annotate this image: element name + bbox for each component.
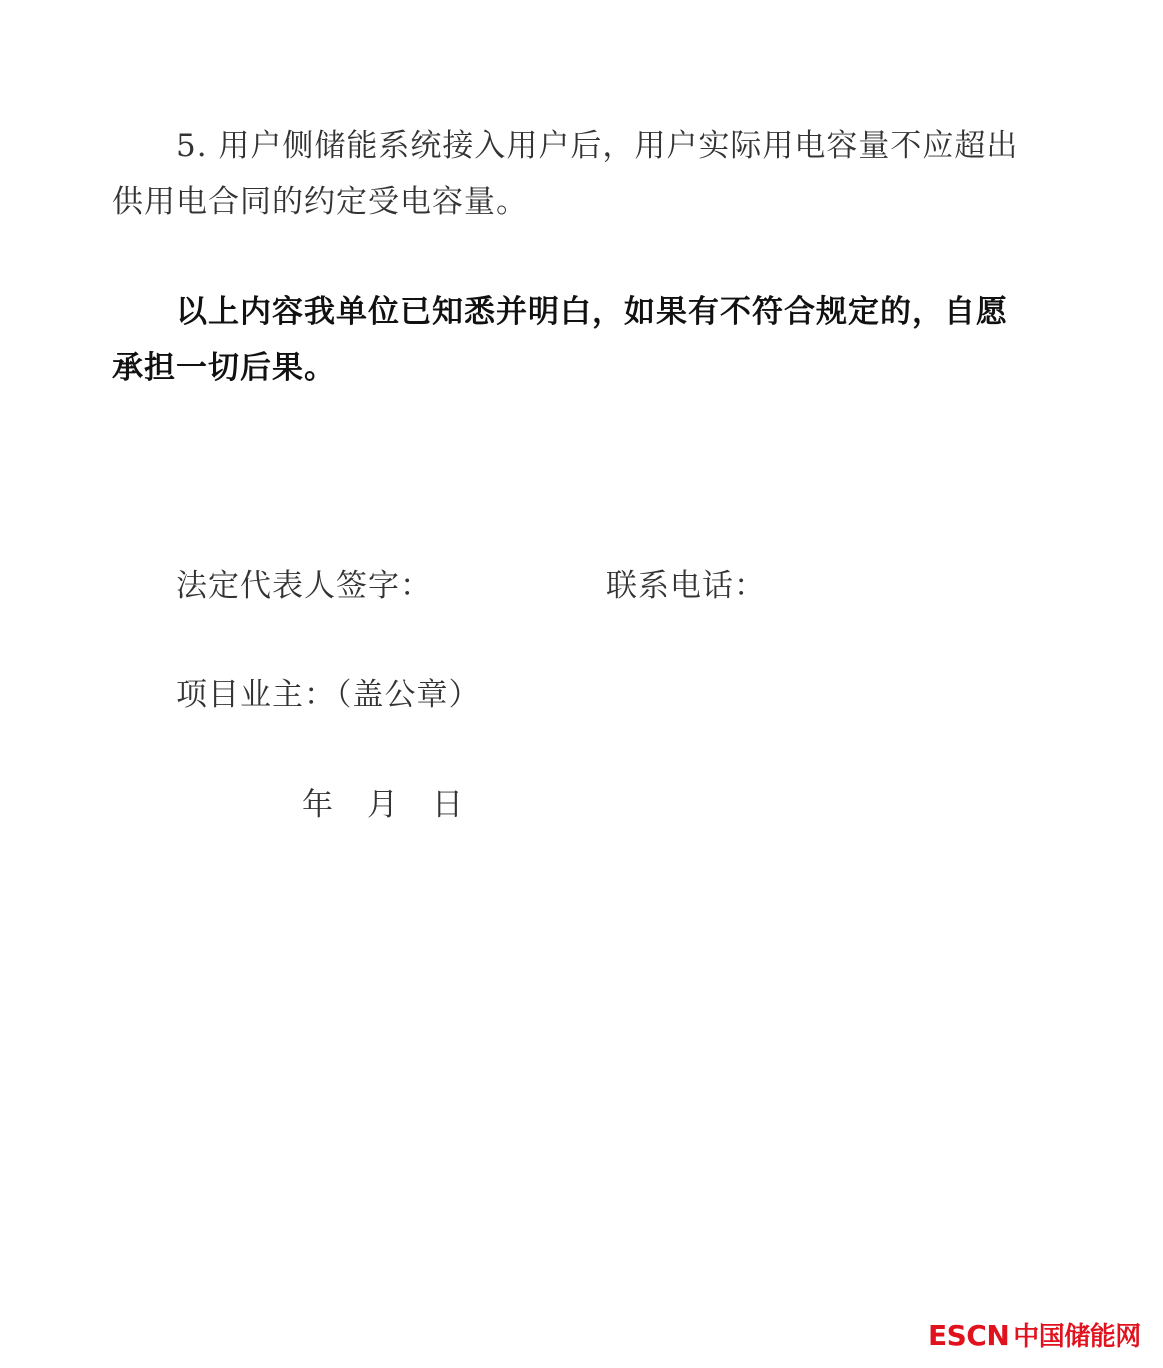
item5-line2: 供用电合同的约定受电容量。	[112, 176, 528, 221]
logo-brand: ESCN	[928, 1319, 1009, 1352]
escn-logo: ESCN中国储能网	[928, 1316, 1141, 1353]
legal-rep-signature-label: 法定代表人签字：	[176, 560, 432, 605]
declaration-line1: 以上内容我单位已知悉并明白，如果有不符合规定的，自愿	[176, 286, 1008, 331]
logo-brand-cn: 中国储能网	[1013, 1322, 1141, 1352]
declaration-line2: 承担一切后果。	[112, 342, 336, 387]
date-year: 年	[302, 779, 334, 824]
project-owner-label: 项目业主：（盖公章）	[176, 669, 481, 714]
date-month: 月	[367, 779, 399, 824]
date-day: 日	[432, 779, 464, 824]
phone-label: 联系电话：	[606, 560, 766, 605]
item5-line1: 5. 用户侧储能系统接入用户后，用户实际用电容量不应超出	[176, 120, 1018, 165]
